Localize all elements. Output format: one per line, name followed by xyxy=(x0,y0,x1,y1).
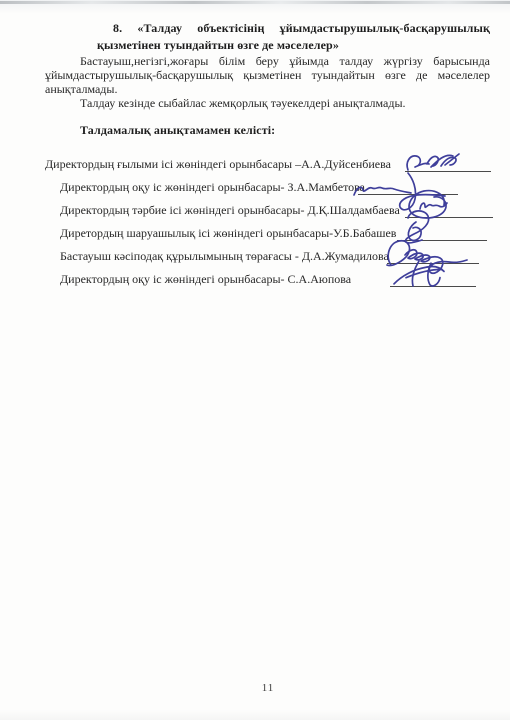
paragraph-line: Талдау кезінде сыбайлас жемқорлық тәуеке… xyxy=(45,96,490,110)
signatory-label: Директордың оқу іс жөніндегі орынбасары-… xyxy=(60,180,365,194)
signature-line xyxy=(390,286,476,287)
signatory-row: Директордың ғылыми ісі жөніндегі орынбас… xyxy=(45,151,490,174)
paragraph-line: ұйымдастырушылық-басқарушылық қызметінен… xyxy=(45,68,490,82)
section-heading-line-1: 8. «Талдау объектісінің ұйымдастырушылық… xyxy=(45,20,490,37)
body-paragraph-2: Талдау кезінде сыбайлас жемқорлық тәуеке… xyxy=(45,96,490,110)
signatory-label: Диретордың шаруашылық ісі жөніндегі орын… xyxy=(60,226,396,240)
section-heading-line-2: қызметінен туындайтын өзге де мәселелер» xyxy=(45,37,490,54)
signatory-row: Диретордың шаруашылық ісі жөніндегі орын… xyxy=(45,220,490,243)
signature-line xyxy=(358,194,458,195)
paragraph-line: анықталмады. xyxy=(45,82,490,96)
scanned-document-page: 8. «Талдау объектісінің ұйымдастырушылық… xyxy=(0,0,510,720)
signatory-label: Директордың оқу іс жөніндегі орынбасары-… xyxy=(60,272,351,286)
page-number: 11 xyxy=(262,682,275,694)
signatory-row: Директордың оқу іс жөніндегі орынбасары-… xyxy=(45,174,490,197)
signature-line xyxy=(387,263,479,264)
signatory-label: Бастауыш кәсіподақ құрылымының төрағасы … xyxy=(60,249,389,263)
scan-edge-artifact xyxy=(0,1,510,4)
signatory-row: Директордың тәрбие ісі жөніндегі орынбас… xyxy=(45,197,490,220)
signatory-row: Директордың оқу іс жөніндегі орынбасары-… xyxy=(45,266,490,289)
agreement-heading: Талдамалық анықтамамен келісті: xyxy=(45,122,490,138)
signatory-label: Директордың тәрбие ісі жөніндегі орынбас… xyxy=(60,203,400,217)
scan-bottom-tint xyxy=(0,710,510,720)
document-content: 8. «Талдау объектісінің ұйымдастырушылық… xyxy=(45,20,490,289)
signatory-rows: Директордың ғылыми ісі жөніндегі орынбас… xyxy=(45,151,490,289)
signatory-label: Директордың ғылыми ісі жөніндегі орынбас… xyxy=(45,157,391,171)
signature-line xyxy=(405,217,493,218)
section-heading: 8. «Талдау объектісінің ұйымдастырушылық… xyxy=(45,20,490,54)
signatory-row: Бастауыш кәсіподақ құрылымының төрағасы … xyxy=(45,243,490,266)
paragraph-line: Бастауыш,негізгі,жоғары білім беру ұйымд… xyxy=(45,54,490,68)
signature-line xyxy=(397,240,487,241)
signature-line xyxy=(405,171,491,172)
body-paragraph-1: Бастауыш,негізгі,жоғары білім беру ұйымд… xyxy=(45,54,490,96)
